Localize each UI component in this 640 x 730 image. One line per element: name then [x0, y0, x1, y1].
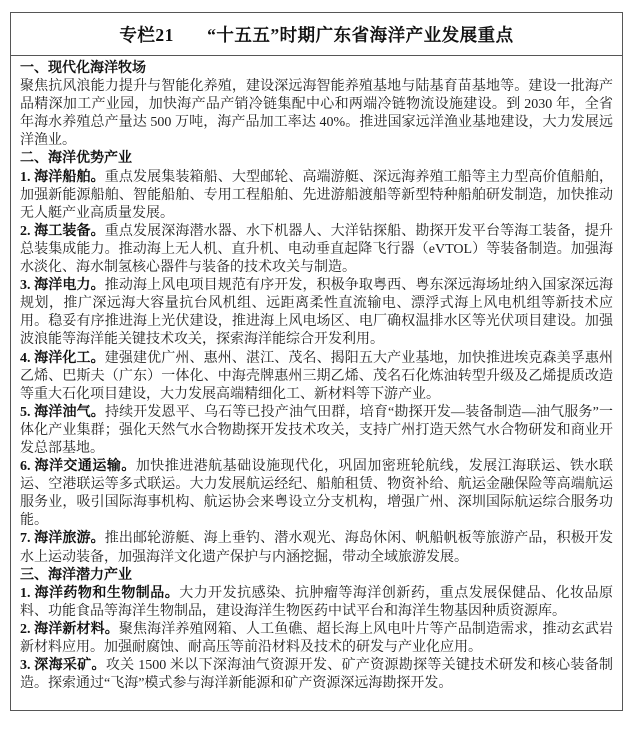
item-text: 持续开发恩平、乌石等已投产油气田群，培育“勘探开发—装备制造—油气服务”一体化产… — [20, 405, 613, 456]
item-lead: 2. 海工装备。 — [20, 224, 105, 239]
item-marine-power: 3. 海洋电力。推动海上风电项目规范有序开发，积极争取粤西、粤东深远海场址纳入国… — [20, 277, 613, 349]
feature-box: 专栏21 “十五五”时期广东省海洋产业发展重点 一、现代化海洋牧场 聚焦抗风浪能… — [10, 12, 623, 711]
item-text: 推出邮轮游艇、海上垂钓、潜水观光、海岛休闲、帆船帆板等旅游产品，积极开发水上运动… — [20, 531, 613, 564]
item-lead: 3. 海洋电力。 — [20, 278, 105, 293]
item-lead: 7. 海洋旅游。 — [20, 531, 105, 546]
item-marine-ships: 1. 海洋船舶。重点发展集装箱船、大型邮轮、高端游艇、深远海养殖工船等主力型高价… — [20, 169, 613, 223]
section-heading-advantage-industries: 二、海洋优势产业 — [20, 150, 613, 168]
item-marine-transport: 6. 海洋交通运输。加快推进港航基础设施现代化，巩固加密班轮航线，发展江海联运、… — [20, 458, 613, 530]
item-offshore-equipment: 2. 海工装备。重点发展深海潜水器、水下机器人、大洋钻探船、勘探开发平台等海工装… — [20, 223, 613, 277]
item-text: 推动海上风电项目规范有序开发，积极争取粤西、粤东深远海场址纳入国家深远海规划，推… — [20, 278, 613, 347]
item-text: 建强建优广州、惠州、湛江、茂名、揭阳五大产业基地，加快推进埃克森美孚惠州乙烯、巴… — [20, 351, 613, 402]
item-lead: 4. 海洋化工。 — [20, 351, 105, 366]
document-page: 专栏21 “十五五”时期广东省海洋产业发展重点 一、现代化海洋牧场 聚焦抗风浪能… — [0, 0, 640, 730]
box-body: 一、现代化海洋牧场 聚焦抗风浪能力提升与智能化养殖，建设深远海智能养殖基地与陆基… — [11, 56, 622, 709]
section-heading-marine-ranching: 一、现代化海洋牧场 — [20, 60, 613, 78]
item-text: 攻关 1500 米以下深海油气资源开发、矿产资源勘探等关键技术研发和核心装备制造… — [20, 658, 613, 691]
item-deepsea-mining: 3. 深海采矿。攻关 1500 米以下深海油气资源开发、矿产资源勘探等关键技术研… — [20, 657, 613, 693]
item-lead: 2. 海洋新材料。 — [20, 622, 119, 637]
item-lead: 1. 海洋船舶。 — [20, 170, 105, 185]
box-title-text: “十五五”时期广东省海洋产业发展重点 — [207, 22, 514, 47]
item-marine-chemical: 4. 海洋化工。建强建优广州、惠州、湛江、茂名、揭阳五大产业基地，加快推进埃克森… — [20, 350, 613, 404]
item-lead: 1. 海洋药物和生物制品。 — [20, 586, 179, 601]
item-marine-materials: 2. 海洋新材料。聚焦海洋养殖网箱、人工鱼礁、超长海上风电叶片等产品制造需求，推… — [20, 621, 613, 657]
item-text: 聚焦抗风浪能力提升与智能化养殖，建设深远海智能养殖基地与陆基育苗基地等。建设一批… — [20, 79, 613, 148]
box-title: 专栏21 “十五五”时期广东省海洋产业发展重点 — [11, 13, 622, 56]
item-lead: 6. 海洋交通运输。 — [20, 459, 136, 474]
item-text: 重点发展深海潜水器、水下机器人、大洋钻探船、勘探开发平台等海工装备，提升总装集成… — [20, 224, 613, 275]
item-lead: 5. 海洋油气。 — [20, 405, 105, 420]
item-lead: 3. 深海采矿。 — [20, 658, 106, 673]
item-marine-tourism: 7. 海洋旅游。推出邮轮游艇、海上垂钓、潜水观光、海岛休闲、帆船帆板等旅游产品，… — [20, 530, 613, 566]
section-heading-potential-industries: 三、海洋潜力产业 — [20, 567, 613, 585]
para-marine-ranching: 聚焦抗风浪能力提升与智能化养殖，建设深远海智能养殖基地与陆基育苗基地等。建设一批… — [20, 78, 613, 150]
item-text: 重点发展集装箱船、大型邮轮、高端游艇、深远海养殖工船等主力型高价值船舶，加强新能… — [20, 170, 613, 221]
item-marine-pharma: 1. 海洋药物和生物制品。大力开发抗感染、抗肿瘤等海洋创新药，重点发展保健品、化… — [20, 585, 613, 621]
item-marine-oil-gas: 5. 海洋油气。持续开发恩平、乌石等已投产油气田群，培育“勘探开发—装备制造—油… — [20, 404, 613, 458]
column-number-label: 专栏21 — [119, 22, 174, 47]
